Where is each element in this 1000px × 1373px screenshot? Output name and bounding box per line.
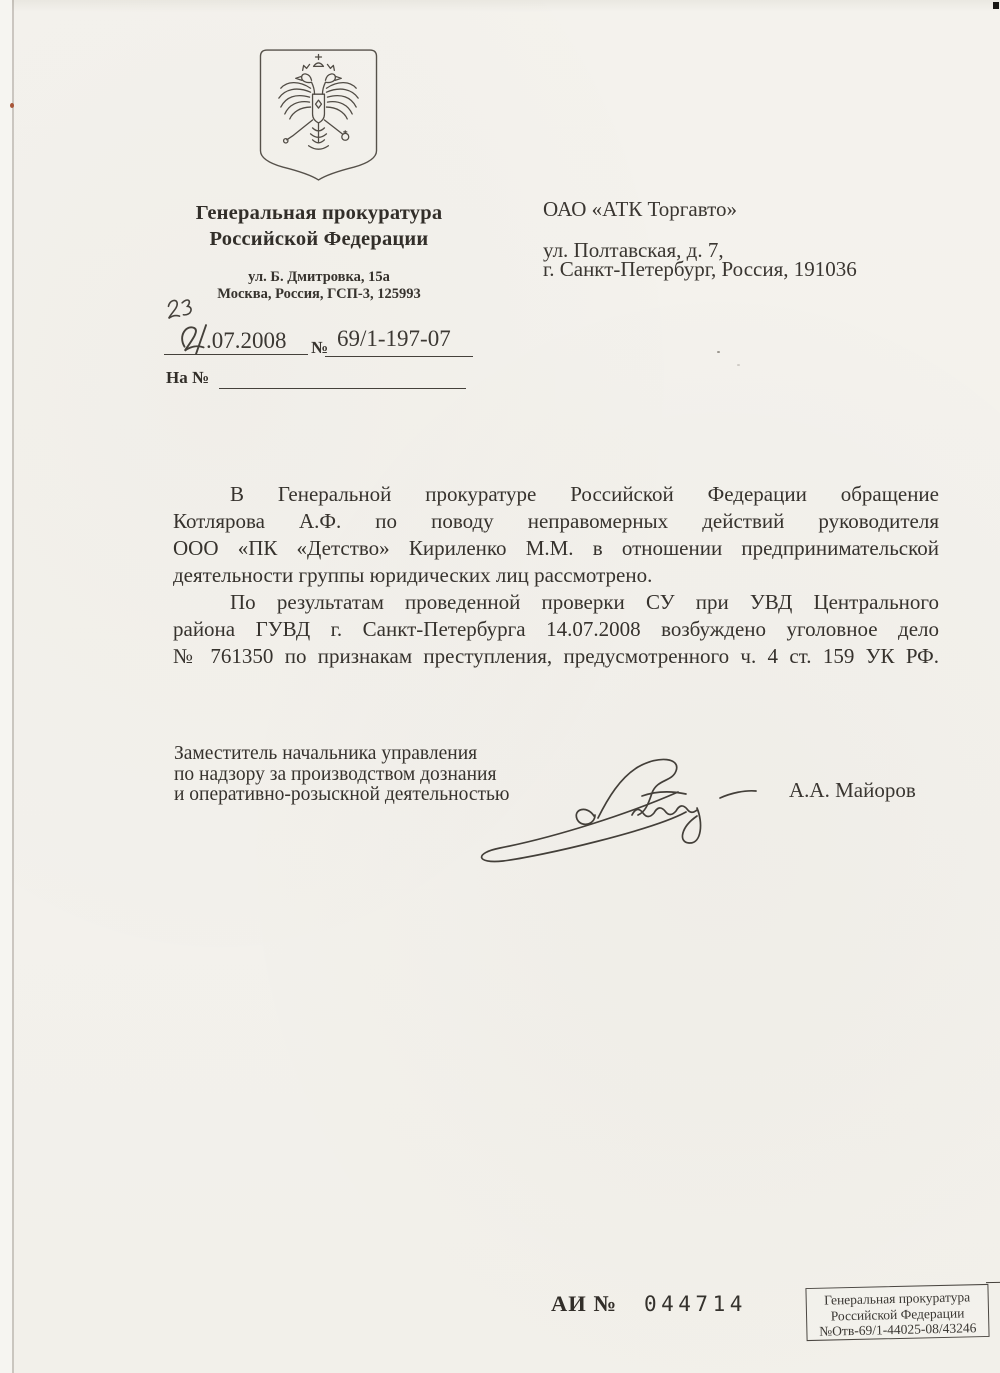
body-line: ООО «ПК «Детство» Кириленко М.М. в отнош… xyxy=(173,535,939,562)
coat-of-arms-icon xyxy=(259,48,378,182)
body-line: В Генеральной прокуратуре Российской Фед… xyxy=(173,481,939,508)
org-name-line1: Генеральная прокуратура xyxy=(168,200,470,226)
form-series-label: АИ № xyxy=(551,1291,617,1317)
body-line: По результатам проведенной проверки СУ п… xyxy=(173,589,939,616)
recipient-block: ОАО «АТК Торгавто» ул. Полтавская, д. 7,… xyxy=(543,197,857,279)
reply-underline xyxy=(219,388,466,389)
scanned-letter-page: Генеральная прокуратура Российской Федер… xyxy=(0,0,1000,1373)
stamp-line3: №Отв-69/1-44025-08/43246 xyxy=(807,1320,988,1340)
outgoing-number: 69/1-197-07 xyxy=(337,326,451,352)
recipient-name: ОАО «АТК Торгавто» xyxy=(543,197,857,222)
org-address-line2: Москва, Россия, ГСП-3, 125993 xyxy=(168,286,470,303)
scan-speck xyxy=(717,351,720,353)
scan-red-speck xyxy=(10,103,14,108)
date-underline xyxy=(164,354,308,355)
paragraph-2: По результатам проведенной проверки СУ п… xyxy=(173,589,939,670)
body-line: Котлярова А.Ф. по поводу неправомерных д… xyxy=(173,508,939,535)
signature-autograph xyxy=(448,752,768,870)
scan-corner-artifact xyxy=(993,2,999,9)
form-serial-number: 044714 xyxy=(644,1292,747,1316)
scan-edge-margin xyxy=(0,0,12,1373)
org-name-line2: Российской Федерации xyxy=(168,226,470,252)
stamp-edge-line xyxy=(986,1282,1000,1283)
number-sign: № xyxy=(311,338,328,358)
paragraph-1: В Генеральной прокуратуре Российской Фед… xyxy=(173,481,939,589)
scan-speck xyxy=(737,364,740,366)
body-line: № 761350 по признакам преступления, пред… xyxy=(173,643,939,670)
letter-body: В Генеральной прокуратуре Российской Фед… xyxy=(173,481,939,670)
body-line: района ГУВД г. Санкт-Петербурга 14.07.20… xyxy=(173,616,939,643)
number-underline xyxy=(325,356,473,357)
signer-name: А.А. Майоров xyxy=(789,778,916,803)
recipient-address-line2: г. Санкт-Петербург, Россия, 191036 xyxy=(543,260,857,279)
registration-stamp: Генеральная прокуратура Российской Федер… xyxy=(805,1284,989,1341)
body-line: деятельности группы юридических лиц расс… xyxy=(173,562,939,589)
scan-edge-line xyxy=(12,0,14,1373)
org-address-line1: ул. Б. Дмитровка, 15а xyxy=(168,269,470,286)
letter-date: .07.2008 xyxy=(206,328,287,354)
reply-to-label: На № xyxy=(166,368,209,388)
letterhead: Генеральная прокуратура Российской Федер… xyxy=(168,200,470,303)
